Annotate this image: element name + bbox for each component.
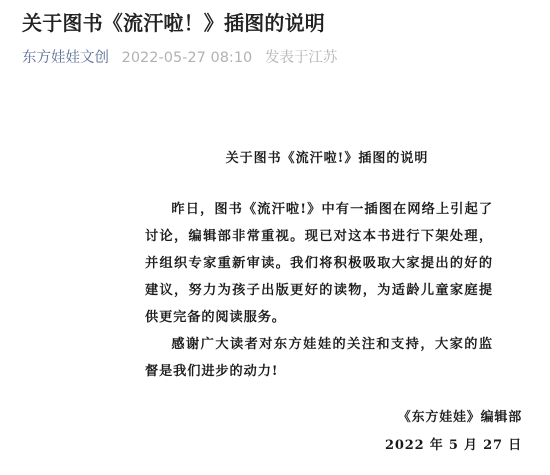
- publish-datetime: 2022-05-27 08:10: [122, 50, 253, 66]
- document-paragraph-2: 感谢广大读者对东方娃娃的关注和支持，大家的监督是我们进步的动力!: [145, 331, 493, 385]
- signature-date: 2022 年 5 月 27 日: [385, 432, 522, 460]
- article-meta: 东方娃娃文创 2022-05-27 08:10 发表于江苏: [22, 48, 542, 68]
- signature-org: 《东方娃娃》编辑部: [385, 404, 522, 432]
- statement-document: 关于图书《流汗啦!》插图的说明 昨日，图书《流汗啦!》中有一插图在网络上引起了讨…: [145, 148, 493, 385]
- document-signature: 《东方娃娃》编辑部 2022 年 5 月 27 日: [385, 404, 522, 460]
- author-link[interactable]: 东方娃娃文创: [22, 50, 109, 66]
- article-header: 关于图书《流汗啦！》插图的说明 东方娃娃文创 2022-05-27 08:10 …: [22, 8, 542, 68]
- document-title: 关于图书《流汗啦!》插图的说明: [145, 148, 493, 170]
- document-paragraph-1: 昨日，图书《流汗啦!》中有一插图在网络上引起了讨论，编辑部非常重视。现已对这本书…: [145, 196, 493, 331]
- publish-location: 发表于江苏: [265, 50, 338, 66]
- article-title: 关于图书《流汗啦！》插图的说明: [22, 8, 542, 38]
